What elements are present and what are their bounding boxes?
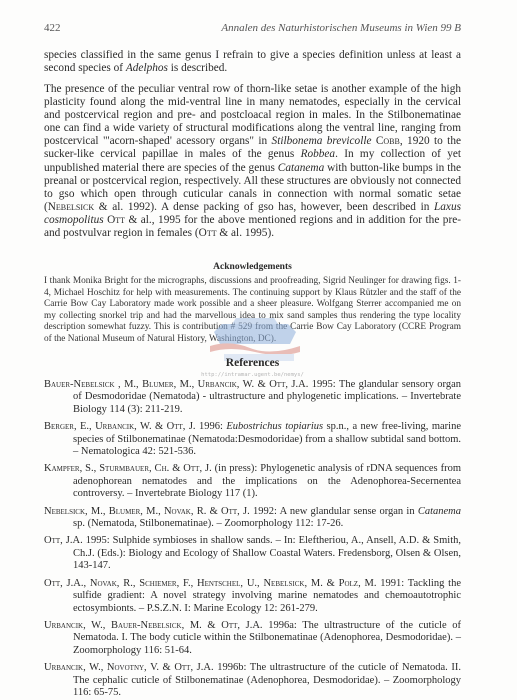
text: & al. 1992). A dense packing of gso has,… [94,201,434,213]
reference-text: sp. (Nematoda, Stilbonematinae). – Zoomo… [73,518,343,529]
species-name: Stilbonema brevicolle [272,135,372,147]
reference-authors: Berger, E., Urbancik, W. & Ott, J. [44,421,196,432]
reference-text: 1996: [196,421,227,432]
author-name: Ott [107,214,125,226]
reference-entry: Ott, J.A. 1995: Sulphide symbioses in sh… [44,535,461,572]
paragraph-1: species classified in the same genus I r… [44,49,461,75]
reference-authors: Urbancik, W., Bauer-Nebelsick, M. & Ott,… [44,620,263,631]
genus-name: Robbea [301,148,336,160]
text: is described. [168,62,227,74]
author-name: Nebelsick [48,201,94,213]
reference-entry: Kampfer, S., Sturmbauer, Ch. & Ott, J. (… [44,463,461,500]
species-name: Catanema [418,506,461,517]
text: species classified in the same genus I r… [44,49,461,74]
journal-title: Annalen des Naturhistorischen Museums in… [221,22,461,34]
page-number: 422 [44,22,61,34]
reference-entry: Berger, E., Urbancik, W. & Ott, J. 1996:… [44,421,461,458]
watermark-logo-icon [200,318,310,362]
reference-authors: Ott, J.A. [44,535,83,546]
references-heading: References [44,357,461,369]
reference-authors: Kampfer, S., Sturmbauer, Ch. & Ott, J. [44,463,212,474]
reference-entry: Urbancik, W., Novotny, V. & Ott, J.A. 19… [44,662,461,699]
reference-entry: Bauer-Nebelsick , M., Blumer, M., Urbanc… [44,379,461,416]
reference-text: 1995: Sulphide symbioses in shallow sand… [73,535,461,571]
reference-entry: Nebelsick, M., Blumer, M., Novak, R. & O… [44,506,461,531]
reference-authors: Bauer-Nebelsick , M., Blumer, M., Urbanc… [44,379,308,390]
reference-authors: Nebelsick, M., Blumer, M., Novak, R. & O… [44,506,250,517]
species-name: Eubostrichus topiarius [226,421,323,432]
genus-name: Catanema [278,162,324,174]
acknowledgements-heading: Acknowledgements [44,262,461,272]
reference-list: Bauer-Nebelsick , M., Blumer, M., Urbanc… [44,379,461,700]
author-name: Cobb [376,135,400,147]
reference-entry: Urbancik, W., Bauer-Nebelsick, M. & Ott,… [44,620,461,657]
author-name: Ott [199,227,217,239]
reference-text: 1992: A new glandular sense organ in [250,506,418,517]
reference-entry: Ott, J.A., Novak, R., Schiemer, F., Hent… [44,578,461,615]
watermark-url: http://intramar.ugent.be/nemys/ [44,372,461,378]
text: & al. 1995). [217,227,274,239]
genus-name: Adelphos [126,62,168,74]
paragraph-2: The presence of the peculiar ventral row… [44,83,461,240]
reference-authors: Urbancik, W., Novotny, V. & Ott, J.A. [44,662,214,673]
document-page: 422 Annalen des Naturhistorischen Museum… [0,0,517,700]
reference-authors: Ott, J.A., Novak, R., Schiemer, F., Hent… [44,578,376,589]
